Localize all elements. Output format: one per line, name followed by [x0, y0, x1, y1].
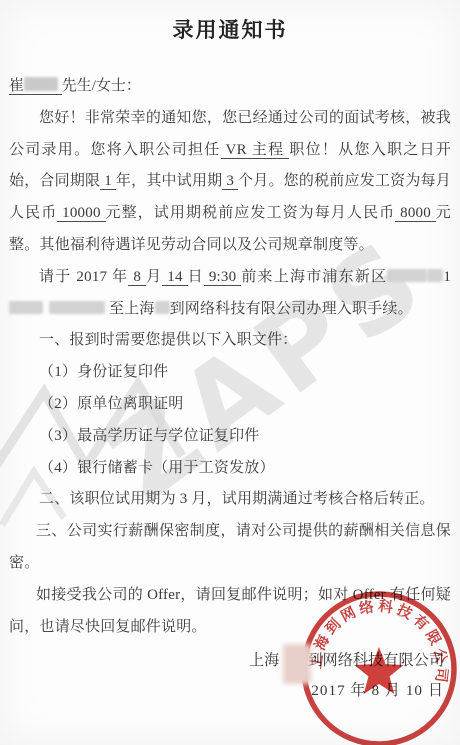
time-blank: 9:30	[204, 269, 241, 286]
contract-years-blank: 1	[100, 173, 116, 190]
report-text: 日	[188, 269, 204, 285]
paragraph-intro: 您好！非常荣幸的通知您，您已经通过公司的面试考核，被我公司录用。您将入职公司担任…	[9, 103, 451, 262]
address-number: 1	[443, 269, 451, 285]
paragraph-report: 请于 2017 年 8 月 14 日 9:30 前来上海市浦东新区1 至上海到网…	[9, 262, 451, 326]
attachment-item-3: （3）最高学历证与学位证复印件	[9, 421, 451, 453]
section-one-heading: 一、报到时需要您提供以下入职文件：	[9, 325, 451, 357]
redacted-address-blur	[427, 269, 443, 282]
recipient-surname: 崔	[9, 78, 24, 94]
intro-text: 年，其中试用期	[116, 173, 223, 189]
report-text: 到网络科技有限公司办理入职手续。	[170, 301, 413, 317]
attachment-item-4: （4）银行储蓄卡（用于工资发放）	[9, 453, 451, 485]
redacted-company-blur	[155, 301, 170, 314]
report-text: 请于 2017 年	[39, 269, 128, 285]
redacted-address-blur	[387, 269, 427, 282]
redacted-address-blur	[9, 301, 43, 314]
seal-star-icon	[354, 647, 403, 694]
letter-content: 录用通知书 崔 先生/女士： 您好！非常荣幸的通知您，您已经通过公司的面试考核，…	[0, 14, 460, 643]
probation-salary-blank: 8000	[395, 205, 436, 222]
company-seal: 上海到网络科技有限公司	[296, 586, 460, 745]
report-text: 前来上海市浦东新区	[241, 269, 387, 285]
salutation-honorific: 先生/女士：	[62, 78, 141, 94]
report-text: 至上海	[109, 301, 155, 317]
company-prefix: 上海	[249, 652, 279, 669]
redacted-seal-blur	[283, 644, 311, 684]
position-blank: VR 主程	[221, 142, 290, 159]
redacted-name-blur	[24, 77, 58, 91]
month-blank: 8	[128, 269, 146, 286]
salutation-line: 崔 先生/女士：	[9, 71, 451, 103]
intro-text: 元整，试用期税前应发工资为每月人民币	[106, 205, 396, 221]
report-text: 月	[146, 269, 162, 285]
day-blank: 14	[162, 269, 187, 286]
redacted-address-blur	[49, 301, 105, 314]
attachment-item-2: （2）原单位离职证明	[9, 389, 451, 421]
section-three: 三、公司实行薪酬保密制度，请对公司提供的薪酬相关信息保密。	[9, 516, 451, 580]
probation-months-blank: 3	[222, 173, 238, 190]
salary-blank: 10000	[57, 205, 105, 222]
attachment-item-1: （1）身份证复印件	[9, 357, 451, 389]
letter-title: 录用通知书	[0, 14, 460, 44]
section-two: 二、该职位试用期为 3 月，试用期满通过考核合格后转正。	[9, 484, 451, 516]
offer-letter-page: ZAPS 录用通知书 崔 先生/女士： 您好！非常荣幸的通知您，您已经通过公司的…	[0, 0, 460, 745]
recipient-name-underlined: 崔	[9, 78, 62, 95]
